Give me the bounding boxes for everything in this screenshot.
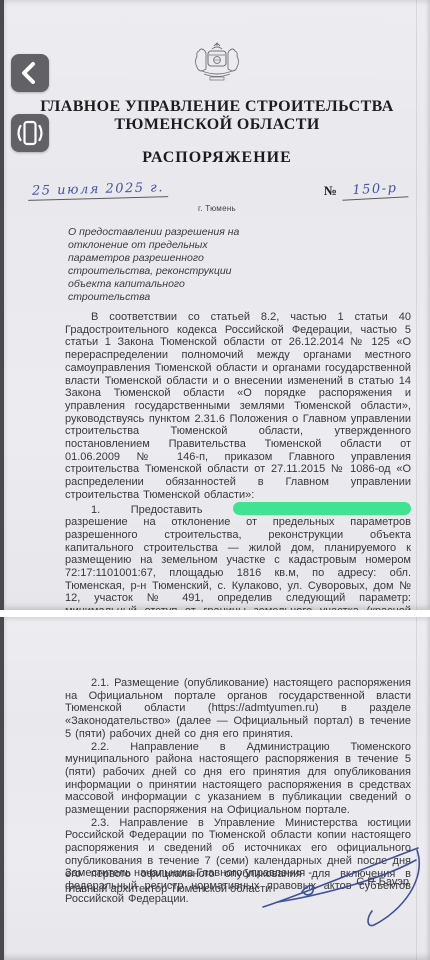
- document-page-2: 2.1. Размещение (опубликование) настояще…: [0, 617, 430, 960]
- page-gap: [0, 610, 430, 617]
- handwritten-date: 25 июля 2025 г.: [28, 180, 168, 201]
- clause-1-paragraph: 1. Предоставить разрешение на отклонение…: [65, 502, 411, 610]
- signatory-name: С.Р. Бауэр: [356, 876, 409, 888]
- clause-1-body: разрешение на отклонение от предельных п…: [65, 516, 411, 610]
- org-name-line1: ГЛАВНОЕ УПРАВЛЕНИЕ СТРОИТЕЛЬСТВА: [40, 98, 393, 115]
- preamble-paragraph: В соответствии со статьей 8.2, частью 1 …: [65, 311, 411, 502]
- number-sign-label: №: [324, 183, 337, 199]
- tyumen-coat-of-arms-icon: [188, 42, 246, 94]
- back-button[interactable]: [11, 54, 49, 92]
- page1-content: В соответствии со статьей 8.2, частью 1 …: [4, 311, 430, 610]
- document-number: № 150-р: [324, 182, 408, 199]
- clause-2-1-paragraph: 2.1. Размещение (опубликование) настояще…: [65, 677, 411, 741]
- document-type-title: РАСПОРЯЖЕНИЕ: [4, 149, 430, 167]
- chevron-left-icon: [11, 54, 49, 92]
- org-name-line2: ТЮМЕНСКОЙ ОБЛАСТИ: [114, 116, 319, 133]
- redaction-highlight: [233, 502, 411, 515]
- clause-1-lead: 1. Предоставить: [91, 504, 202, 516]
- clause-2-2-paragraph: 2.2. Направление в Администрацию Тюменск…: [65, 741, 411, 817]
- date-number-row: 25 июля 2025 г. № 150-р: [4, 182, 430, 199]
- handwritten-signature: [260, 843, 425, 943]
- document-page-1: ГЛАВНОЕ УПРАВЛЕНИЕ СТРОИТЕЛЬСТВА ТЮМЕНСК…: [0, 0, 430, 610]
- rotate-screen-button[interactable]: [11, 114, 49, 152]
- handwritten-number: 150-р: [342, 180, 409, 200]
- city-label: г. Тюмень: [4, 204, 430, 213]
- document-viewer[interactable]: ГЛАВНОЕ УПРАВЛЕНИЕ СТРОИТЕЛЬСТВА ТЮМЕНСК…: [0, 0, 430, 960]
- rotate-device-icon: [11, 114, 49, 152]
- org-name: ГЛАВНОЕ УПРАВЛЕНИЕ СТРОИТЕЛЬСТВА ТЮМЕНСК…: [4, 98, 430, 134]
- document-subject: О предоставлении разрешения на отклонени…: [68, 226, 250, 304]
